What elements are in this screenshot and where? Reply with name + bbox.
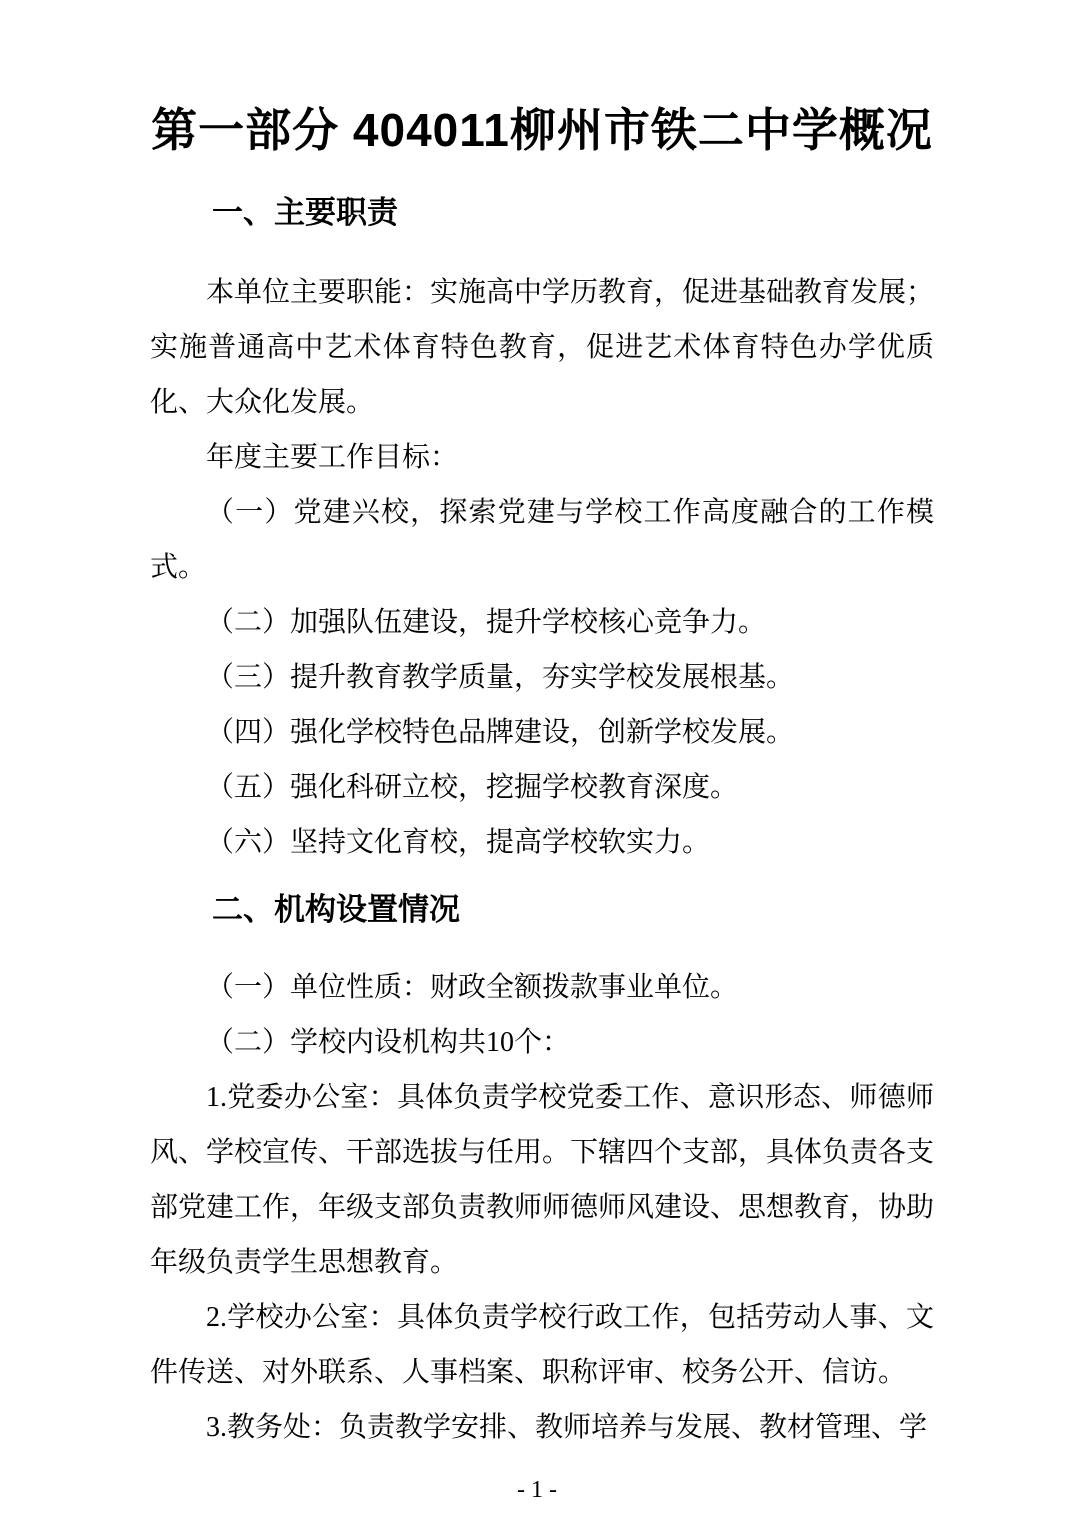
section-main-duties: 一、主要职责 本单位主要职能：实施高中学历教育，促进基础教育发展；实施普通高中艺… xyxy=(150,193,934,870)
paragraph-org-1-party-office: 1.党委办公室：具体负责学校党委工作、意识形态、师德师风、学校宣传、干部选拔与任… xyxy=(150,1070,934,1290)
document-title: 第一部分 404011柳州市铁二中学概况 xyxy=(150,100,934,160)
document-content: 第一部分 404011柳州市铁二中学概况 一、主要职责 本单位主要职能：实施高中… xyxy=(150,100,934,1455)
paragraph-goal-4: （四）强化学校特色品牌建设，创新学校发展。 xyxy=(150,705,934,760)
paragraph-goal-2: （二）加强队伍建设，提升学校核心竞争力。 xyxy=(150,595,934,650)
paragraph-goal-5: （五）强化科研立校，挖掘学校教育深度。 xyxy=(150,760,934,815)
section-2-heading: 二、机构设置情况 xyxy=(150,890,934,930)
document-page: 第一部分 404011柳州市铁二中学概况 一、主要职责 本单位主要职能：实施高中… xyxy=(0,0,1074,1520)
paragraph-goal-6: （六）坚持文化育校，提高学校软实力。 xyxy=(150,815,934,870)
paragraph-internal-orgs-count: （二）学校内设机构共10个： xyxy=(150,1015,934,1070)
paragraph-goal-1: （一）党建兴校，探索党建与学校工作高度融合的工作模式。 xyxy=(150,485,934,595)
paragraph-unit-functions: 本单位主要职能：实施高中学历教育，促进基础教育发展；实施普通高中艺术体育特色教育… xyxy=(150,265,934,430)
section-1-heading: 一、主要职责 xyxy=(150,193,934,233)
paragraph-unit-nature: （一）单位性质：财政全额拨款事业单位。 xyxy=(150,960,934,1015)
paragraph-org-2-school-office: 2.学校办公室：具体负责学校行政工作，包括劳动人事、文件传送、对外联系、人事档案… xyxy=(150,1290,934,1400)
paragraph-annual-goals-intro: 年度主要工作目标： xyxy=(150,430,934,485)
page-number: - 1 - xyxy=(0,1476,1074,1504)
section-organization-setup: 二、机构设置情况 （一）单位性质：财政全额拨款事业单位。 （二）学校内设机构共1… xyxy=(150,890,934,1455)
paragraph-org-3-academic-office: 3.教务处：负责教学安排、教师培养与发展、教材管理、学 xyxy=(150,1400,934,1455)
paragraph-goal-3: （三）提升教育教学质量，夯实学校发展根基。 xyxy=(150,650,934,705)
